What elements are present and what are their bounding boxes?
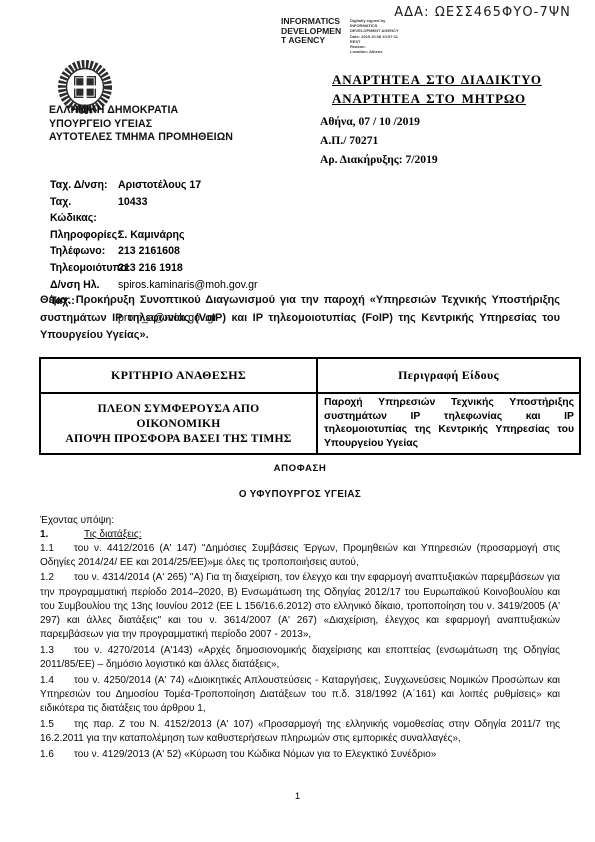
document-page: ΑΔΑ: ΩΕΣΣ465ΦΥΟ-7ΨΝ INFORMATICS DEVELOPM… [0,0,595,842]
contact-label: Ταχ. Δ/νση: [50,177,118,194]
document-meta: Αθήνα, 07 / 10 /2019 Α.Π./ 70271 Αρ. Δια… [320,112,438,169]
description-cell: Παροχή Υπηρεσιών Τεχνικής Υποστήριξης συ… [317,393,580,454]
protocol-number: Α.Π./ 70271 [320,131,438,150]
subject-text: Προκήρυξη Συνοπτικού Διαγωνισμού για την… [40,294,560,341]
signature-detail-line: Location: Athens [350,49,428,54]
contact-value: 213 2161608 [118,243,258,260]
criteria-header-cell: ΚΡΙΤΗΡΙΟ ΑΝΑΘΕΣΗΣ [40,358,317,393]
signature-details: Digitally signed by INFORMATICS DEVELOPM… [350,17,428,54]
city-date: Αθήνα, 07 / 10 /2019 [320,112,438,131]
legal-item-number: 1.2 [40,571,74,585]
legal-item-number: 1.5 [40,718,74,732]
provisions-item: 1.Τις διατάξεις: [40,529,560,540]
criteria-line: ΑΠΟΨΗ ΠΡΟΣΦΟΡΑ ΒΑΣΕΙ ΤΗΣ ΤΙΜΗΣ [47,431,310,446]
legal-item-text: του ν. 4412/2016 (Α' 147) "Δημόσιες Συμβ… [40,543,560,568]
description-header-cell: Περιγραφή Είδους [317,358,580,393]
legal-item: 1.6του ν. 4129/2013 (Α' 52) «Κύρωση του … [40,748,560,762]
table-body-row: ΠΛΕΟΝ ΣΥΜΦΕΡΟΥΣΑ ΑΠΟ ΟΙΚΟΝΟΜΙΚΗ ΑΠΟΨΗ ΠΡ… [40,393,580,454]
contact-value: Σ. Καμινάρης [118,227,258,244]
signature-agency-name: INFORMATICS DEVELOPMEN T AGENCY [281,17,345,54]
legal-item-text: του ν. 4129/2013 (Α' 52) «Κύρωση του Κώδ… [74,749,436,760]
proclamation-number: Αρ. Διακήρυξης: 7/2019 [320,150,438,169]
award-criteria-table: ΚΡΙΤΗΡΙΟ ΑΝΑΘΕΣΗΣ Περιγραφή Είδους ΠΛΕΟΝ… [39,357,581,455]
contact-row: Ταχ. Κώδικας: 10433 [50,194,258,227]
provisions-label: Τις διατάξεις: [84,529,141,540]
org-line-republic: ΕΛΛΗΝΙΚΗ ΔΗΜΟΚΡΑΤΙΑ [49,104,233,118]
digital-signature-stamp: INFORMATICS DEVELOPMEN T AGENCY Digitall… [281,17,428,54]
signature-agency-line: T AGENCY [281,36,345,46]
criteria-cell: ΠΛΕΟΝ ΣΥΜΦΕΡΟΥΣΑ ΑΠΟ ΟΙΚΟΝΟΜΙΚΗ ΑΠΟΨΗ ΠΡ… [40,393,317,454]
posting-line-registry: ΑΝΑΡΤΗΤΕΑ ΣΤΟ ΜΗΤΡΩΟ [332,89,542,108]
issuing-authority: ΕΛΛΗΝΙΚΗ ΔΗΜΟΚΡΑΤΙΑ ΥΠΟΥΡΓΕΙΟ ΥΓΕΙΑΣ ΑΥΤ… [49,104,233,145]
legal-item: 1.3του ν. 4270/2014 (Α'143) «Αρχές δημοσ… [40,644,560,672]
table-header-row: ΚΡΙΤΗΡΙΟ ΑΝΑΘΕΣΗΣ Περιγραφή Είδους [40,358,580,393]
legal-item: 1.2του ν. 4314/2014 (Α' 265) "Α) Για τη … [40,571,560,642]
preamble: Έχοντας υπόψη: [40,515,560,526]
legal-item: 1.1του ν. 4412/2016 (Α' 147) "Δημόσιες Σ… [40,542,560,570]
contact-label: Τηλέφωνο: [50,243,118,260]
subject-label: Θέμα: [40,294,71,306]
legal-item-number: 1.1 [40,542,74,556]
legal-item-number: 1.3 [40,644,74,658]
posting-line-internet: ΑΝΑΡΤΗΤΕΑ ΣΤΟ ΔΙΑΔΙΚΤΥΟ [332,70,542,89]
legal-item-text: του ν. 4314/2014 (Α' 265) "Α) Για τη δια… [40,572,560,640]
legal-item-text: του ν. 4250/2014 (Α' 74) «Διοικητικές Απ… [40,675,560,714]
contact-value: Αριστοτέλους 17 [118,177,258,194]
legal-item: 1.5της παρ. Ζ του Ν. 4152/2013 (Α' 107) … [40,718,560,746]
contact-label: Τηλεομοιότυπο: [50,260,118,277]
minister-heading: Ο ΥΦΥΠΟΥΡΓΟΣ ΥΓΕΙΑΣ [40,489,560,500]
contact-row: Τηλεομοιότυπο: 213 216 1918 [50,260,258,277]
contact-row: Τηλέφωνο: 213 2161608 [50,243,258,260]
page-number: 1 [0,791,595,802]
org-line-ministry: ΥΠΟΥΡΓΕΙΟ ΥΓΕΙΑΣ [49,118,233,132]
provisions-number: 1. [40,529,84,540]
contact-value: 213 216 1918 [118,260,258,277]
contact-label: Πληροφορίες: [50,227,118,244]
legal-item-number: 1.4 [40,674,74,688]
decision-body: ΑΠΟΦΑΣΗ Ο ΥΦΥΠΟΥΡΓΟΣ ΥΓΕΙΑΣ Έχοντας υπόψ… [40,459,560,762]
contact-row: Ταχ. Δ/νση: Αριστοτέλους 17 [50,177,258,194]
criteria-line: ΠΛΕΟΝ ΣΥΜΦΕΡΟΥΣΑ ΑΠΟ [47,401,310,416]
contact-label: Ταχ. Κώδικας: [50,194,118,227]
legal-item-text: της παρ. Ζ του Ν. 4152/2013 (Α' 107) «Πρ… [40,719,560,744]
legal-item-text: του ν. 4270/2014 (Α'143) «Αρχές δημοσιον… [40,645,560,670]
contact-value: 10433 [118,194,258,227]
posting-notices: ΑΝΑΡΤΗΤΕΑ ΣΤΟ ΔΙΑΔΙΚΤΥΟ ΑΝΑΡΤΗΤΕΑ ΣΤΟ ΜΗ… [332,70,542,108]
legal-item-number: 1.6 [40,748,74,762]
legal-item: 1.4του ν. 4250/2014 (Α' 74) «Διοικητικές… [40,674,560,717]
decision-heading: ΑΠΟΦΑΣΗ [40,463,560,474]
criteria-line: ΟΙΚΟΝΟΜΙΚΗ [47,416,310,431]
contact-row: Πληροφορίες: Σ. Καμινάρης [50,227,258,244]
org-line-department: ΑΥΤΟΤΕΛΕΣ ΤΜΗΜΑ ΠΡΟΜΗΘΕΙΩΝ [49,131,233,145]
subject-paragraph: Θέμα: Προκήρυξη Συνοπτικού Διαγωνισμού γ… [40,292,560,345]
